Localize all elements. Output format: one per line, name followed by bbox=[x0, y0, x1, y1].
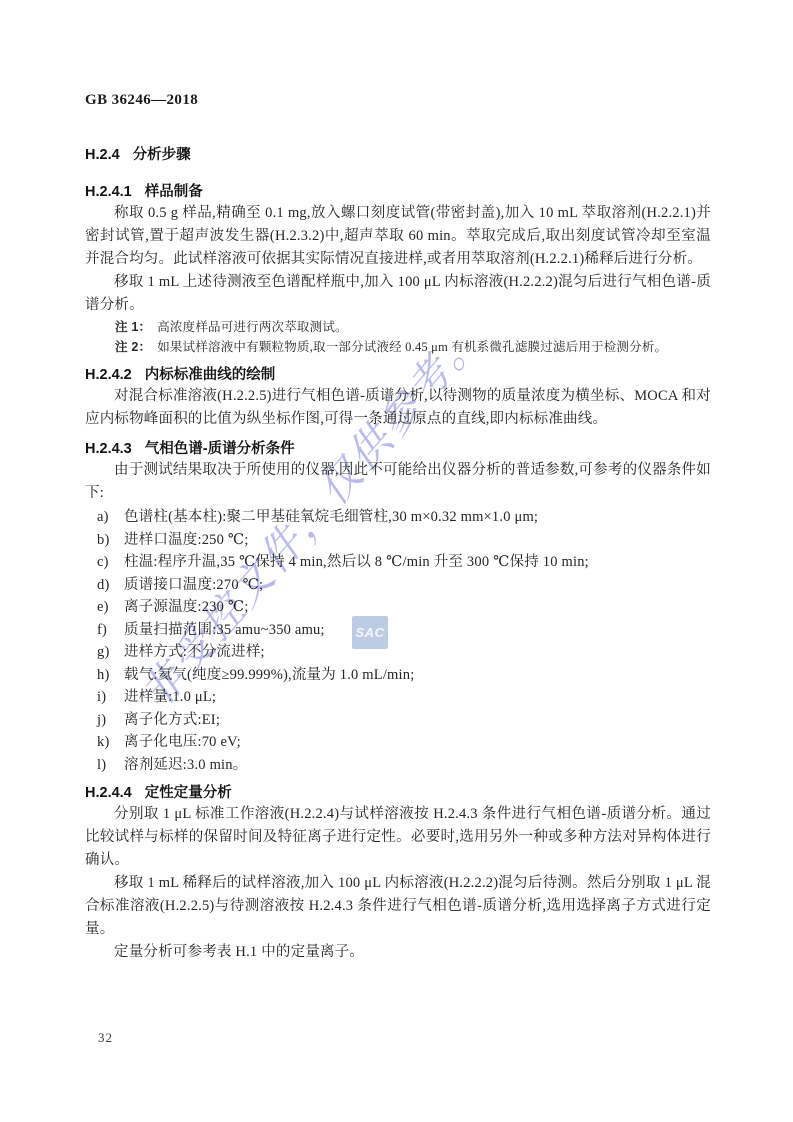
list-item: e)离子源温度:230 ℃; bbox=[85, 596, 711, 619]
list-item-label: l) bbox=[97, 754, 124, 777]
list-item-label: a) bbox=[97, 506, 124, 529]
list-item-text: 离子源温度:230 ℃; bbox=[124, 596, 711, 619]
list-item: l)溶剂延迟:3.0 min。 bbox=[85, 754, 711, 777]
list-item-text: 离子化电压:70 eV; bbox=[124, 731, 711, 754]
list-item-text: 色谱柱(基本柱):聚二甲基硅氧烷毛细管柱,30 m×0.32 mm×1.0 μm… bbox=[124, 506, 711, 529]
paragraph-calibration-curve: 对混合标准溶液(H.2.2.5)进行气相色谱-质谱分析,以待测物的质量浓度为横坐… bbox=[85, 385, 711, 431]
note-2: 注 2：如果试样溶液中有颗粒物质,取一部分试液经 0.45 μm 有机系微孔滤膜… bbox=[85, 337, 711, 357]
list-item-label: b) bbox=[97, 529, 124, 552]
list-item: f)质量扫描范围:35 amu~350 amu; bbox=[85, 619, 711, 642]
list-item-label: f) bbox=[97, 619, 124, 642]
list-item-text: 柱温:程序升温,35 ℃保持 4 min,然后以 8 ℃/min 升至 300 … bbox=[124, 551, 711, 574]
heading-h24: H.2.4分析步骤 bbox=[85, 145, 711, 165]
list-item-text: 进样口温度:250 ℃; bbox=[124, 529, 711, 552]
heading-h244: H.2.4.4定性定量分析 bbox=[85, 783, 711, 803]
paragraph-qualitative-1: 分别取 1 μL 标准工作溶液(H.2.2.4)与试样溶液按 H.2.4.3 条… bbox=[85, 803, 711, 872]
heading-h244-number: H.2.4.4 bbox=[85, 785, 132, 801]
list-item: h)载气:氦气(纯度≥99.999%),流量为 1.0 mL/min; bbox=[85, 664, 711, 687]
page-number: 32 bbox=[98, 1030, 113, 1046]
list-item-label: g) bbox=[97, 641, 124, 664]
page-content: GB 36246—2018 H.2.4分析步骤 H.2.4.1样品制备 称取 0… bbox=[85, 0, 711, 964]
list-item-text: 质谱接口温度:270 ℃; bbox=[124, 574, 711, 597]
heading-h241-number: H.2.4.1 bbox=[85, 184, 132, 200]
note-1: 注 1：高浓度样品可进行两次萃取测试。 bbox=[85, 317, 711, 337]
list-item-text: 进样方式:不分流进样; bbox=[124, 641, 711, 664]
list-item-text: 进样量:1.0 μL; bbox=[124, 686, 711, 709]
list-item-label: j) bbox=[97, 709, 124, 732]
list-item: b)进样口温度:250 ℃; bbox=[85, 529, 711, 552]
list-item: a)色谱柱(基本柱):聚二甲基硅氧烷毛细管柱,30 m×0.32 mm×1.0 … bbox=[85, 506, 711, 529]
list-item: g)进样方式:不分流进样; bbox=[85, 641, 711, 664]
heading-h242-number: H.2.4.2 bbox=[85, 367, 132, 383]
paragraph-qualitative-3: 定量分析可参考表 H.1 中的定量离子。 bbox=[85, 941, 711, 964]
heading-h243-title: 气相色谱-质谱分析条件 bbox=[145, 441, 295, 457]
heading-h242: H.2.4.2内标标准曲线的绘制 bbox=[85, 365, 711, 385]
document-page: 非受控文件，仅供参考。 SAC GB 36246—2018 H.2.4分析步骤 … bbox=[0, 0, 793, 1122]
list-item-text: 载气:氦气(纯度≥99.999%),流量为 1.0 mL/min; bbox=[124, 664, 711, 687]
note-2-text: 如果试样溶液中有颗粒物质,取一部分试液经 0.45 μm 有机系微孔滤膜过滤后用… bbox=[157, 340, 667, 354]
heading-h241: H.2.4.1样品制备 bbox=[85, 182, 711, 202]
list-item-text: 离子化方式:EI; bbox=[124, 709, 711, 732]
heading-h242-title: 内标标准曲线的绘制 bbox=[145, 367, 276, 383]
note-1-text: 高浓度样品可进行两次萃取测试。 bbox=[157, 320, 348, 334]
instrument-conditions-list: a)色谱柱(基本柱):聚二甲基硅氧烷毛细管柱,30 m×0.32 mm×1.0 … bbox=[85, 506, 711, 776]
list-item-text: 溶剂延迟:3.0 min。 bbox=[124, 754, 711, 777]
note-2-label: 注 2： bbox=[115, 340, 151, 354]
list-item: i)进样量:1.0 μL; bbox=[85, 686, 711, 709]
list-item-label: k) bbox=[97, 731, 124, 754]
standard-number: GB 36246—2018 bbox=[85, 0, 711, 109]
list-item-label: d) bbox=[97, 574, 124, 597]
heading-h244-title: 定性定量分析 bbox=[145, 785, 232, 801]
heading-h24-number: H.2.4 bbox=[85, 147, 120, 163]
heading-h24-title: 分析步骤 bbox=[133, 147, 191, 163]
heading-h241-title: 样品制备 bbox=[145, 184, 203, 200]
list-item: d)质谱接口温度:270 ℃; bbox=[85, 574, 711, 597]
heading-h243: H.2.4.3气相色谱-质谱分析条件 bbox=[85, 439, 711, 459]
note-1-label: 注 1： bbox=[115, 320, 151, 334]
list-item: j)离子化方式:EI; bbox=[85, 709, 711, 732]
paragraph-gcms-conditions-intro: 由于测试结果取决于所使用的仪器,因此不可能给出仪器分析的普适参数,可参考的仪器条… bbox=[85, 459, 711, 505]
list-item-label: c) bbox=[97, 551, 124, 574]
list-item: c)柱温:程序升温,35 ℃保持 4 min,然后以 8 ℃/min 升至 30… bbox=[85, 551, 711, 574]
list-item: k)离子化电压:70 eV; bbox=[85, 731, 711, 754]
paragraph-sample-prep-1: 称取 0.5 g 样品,精确至 0.1 mg,放入螺口刻度试管(带密封盖),加入… bbox=[85, 202, 711, 271]
heading-h243-number: H.2.4.3 bbox=[85, 441, 132, 457]
list-item-text: 质量扫描范围:35 amu~350 amu; bbox=[124, 619, 711, 642]
list-item-label: i) bbox=[97, 686, 124, 709]
list-item-label: e) bbox=[97, 596, 124, 619]
list-item-label: h) bbox=[97, 664, 124, 687]
paragraph-sample-prep-2: 移取 1 mL 上述待测液至色谱配样瓶中,加入 100 μL 内标溶液(H.2.… bbox=[85, 271, 711, 317]
paragraph-qualitative-2: 移取 1 mL 稀释后的试样溶液,加入 100 μL 内标溶液(H.2.2.2)… bbox=[85, 872, 711, 941]
